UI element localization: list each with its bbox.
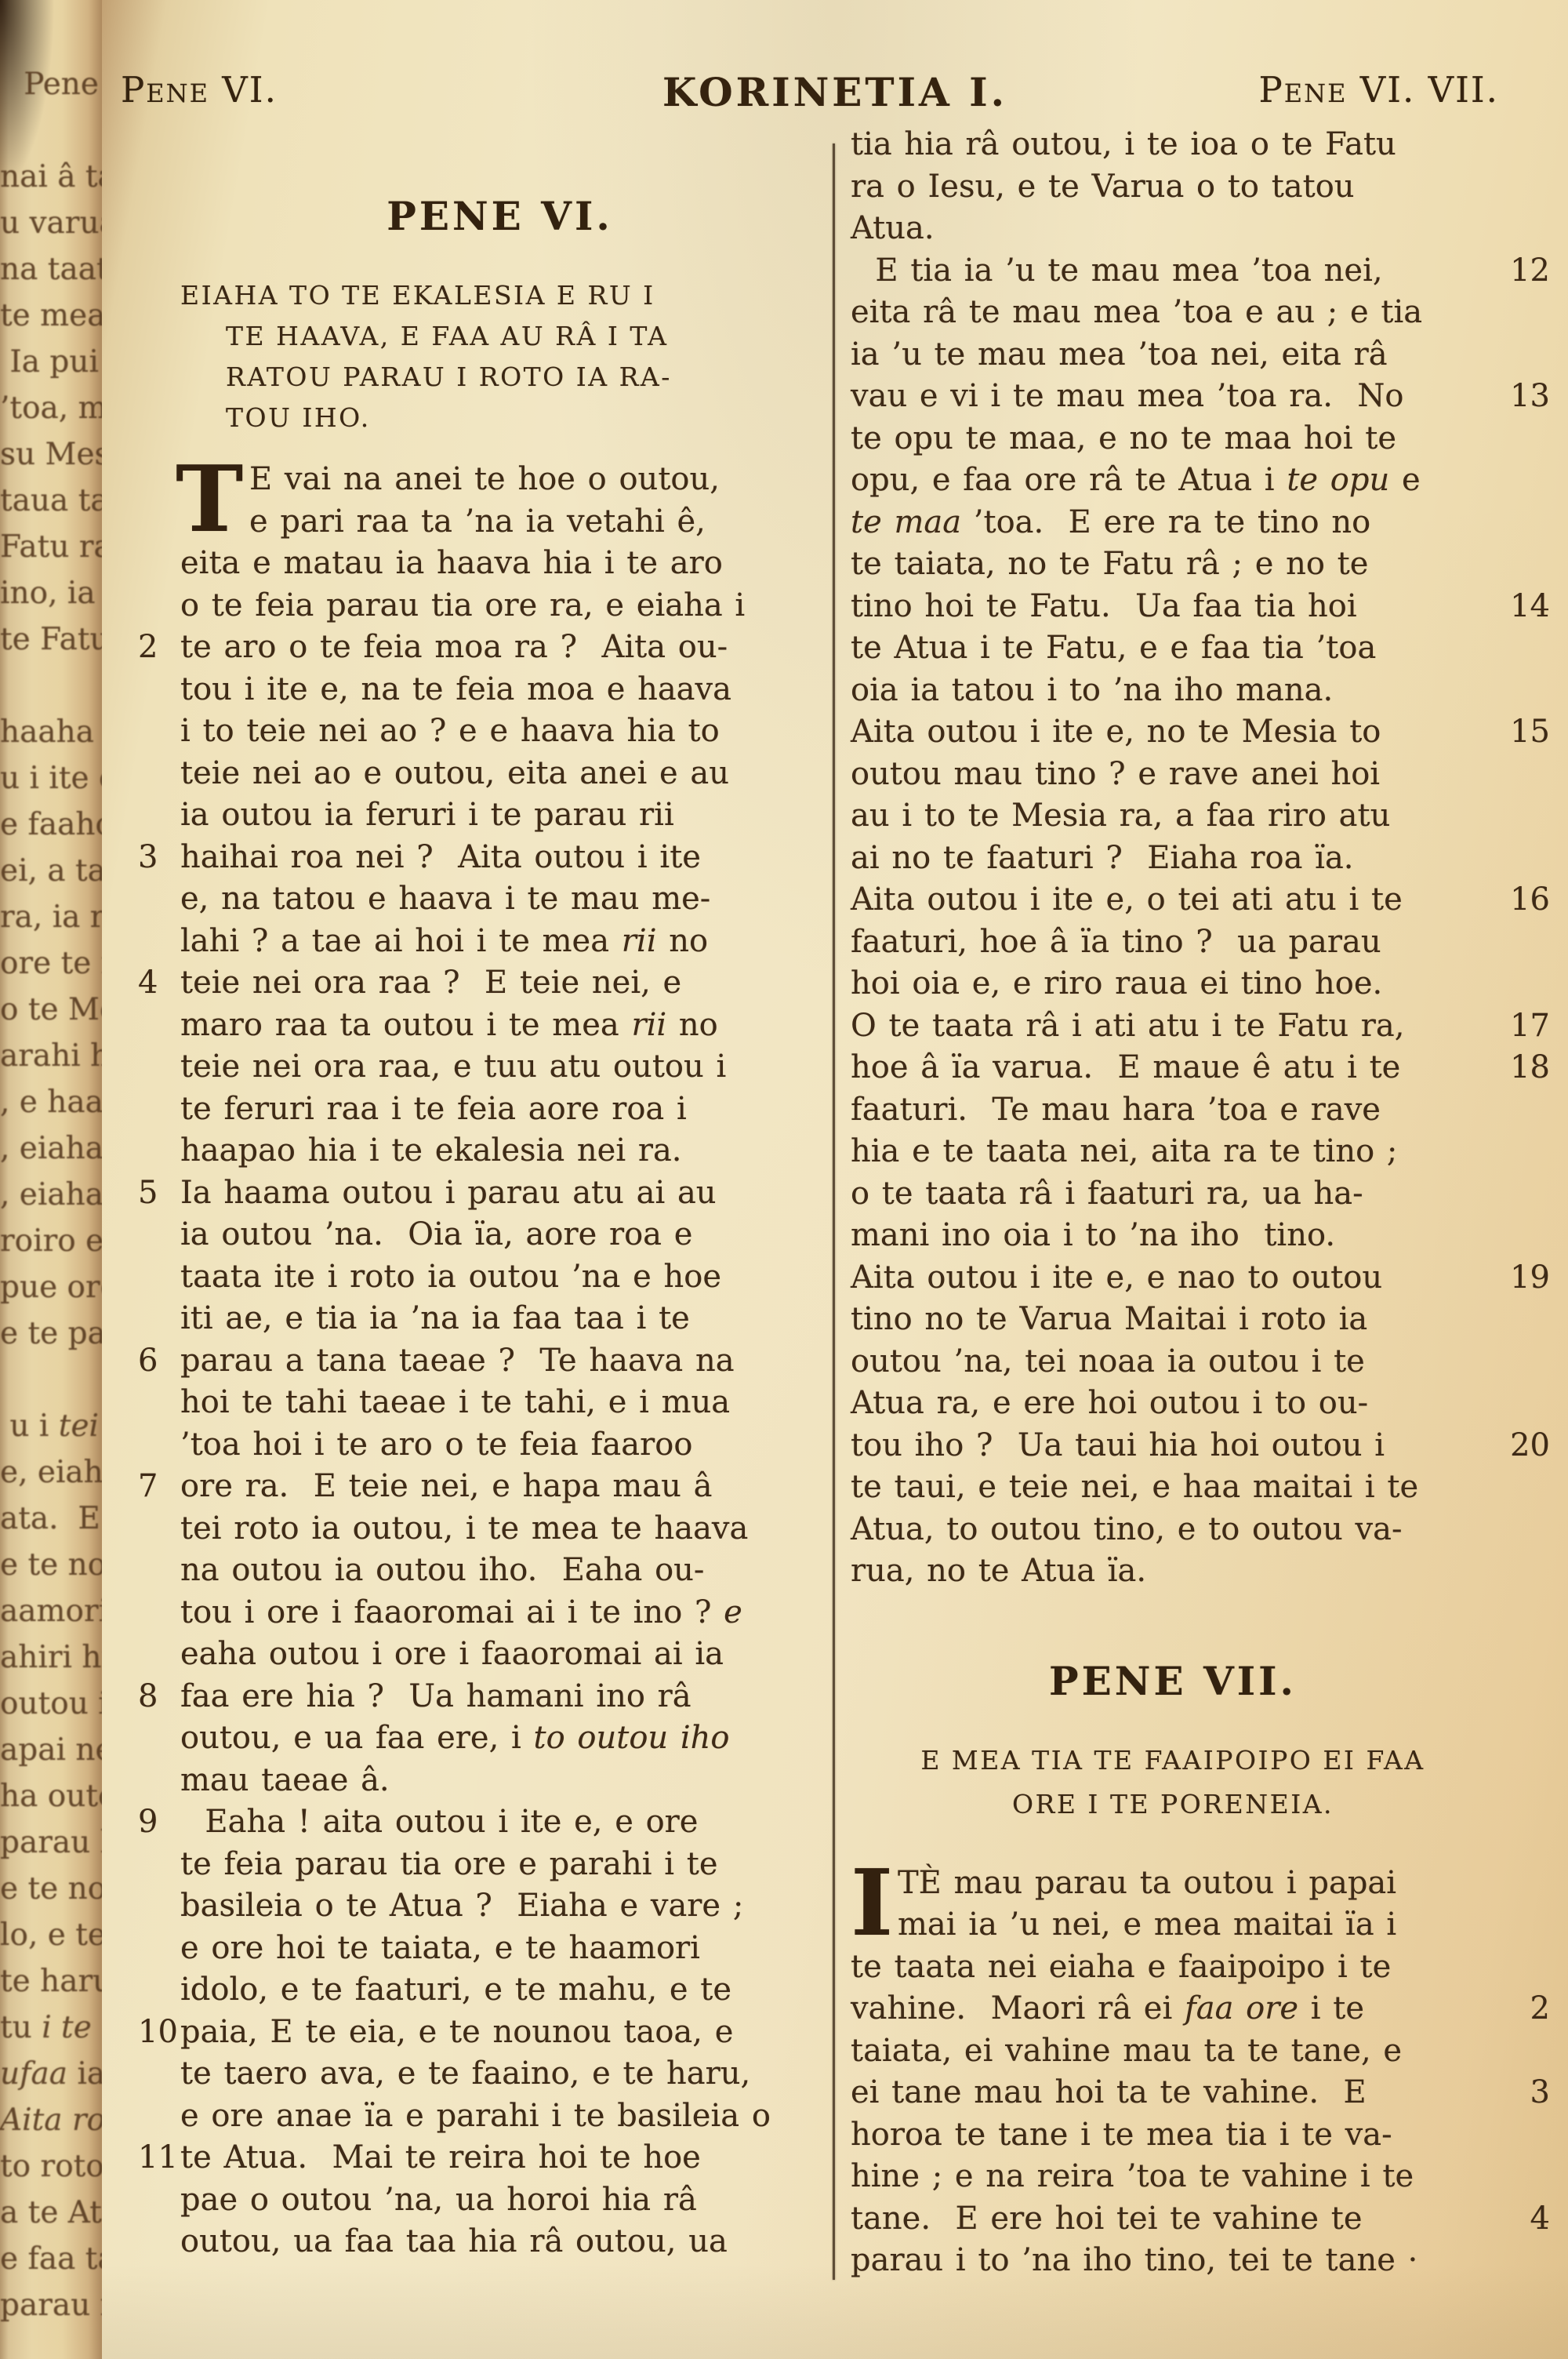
gutter-fragment-line: taua taa bbox=[0, 478, 99, 524]
verse-number: 14 bbox=[1510, 586, 1550, 628]
summary-line: RATOU PARAU I ROTO IA RA- bbox=[180, 357, 819, 398]
chapter-heading-pene-vi: PENE VI. bbox=[180, 192, 819, 241]
verse-line: eaha outou i ore i faaoromai ai ia bbox=[180, 1634, 819, 1676]
verse-line: mai ia ’u nei, e mea maitai ïa i bbox=[851, 1904, 1495, 1946]
verse-text: faaturi, hoe â ïa tino ? ua parau bbox=[851, 921, 1381, 964]
gutter-fragment-line: u i ite e bbox=[0, 755, 99, 801]
verse-line: lahi ? a tae ai hoi i te mea rii no bbox=[180, 921, 819, 963]
gutter-fragment-line: tu i te m bbox=[0, 2005, 99, 2051]
verse-text: ore ra. E teie nei, e hapa mau â bbox=[180, 1466, 712, 1508]
verse-line: 7ore ra. E teie nei, e hapa mau â bbox=[180, 1466, 819, 1508]
verse-text: maro raa ta outou i te mea rii no bbox=[180, 1005, 718, 1047]
verse-line: 4tane. E ere hoi tei te vahine te bbox=[851, 2198, 1495, 2241]
verse-line: mani ino oia i to ’na iho tino. bbox=[851, 1215, 1495, 1257]
verse-number: 17 bbox=[1510, 1005, 1550, 1048]
gutter-fragment-line: roiro e bbox=[0, 1218, 99, 1264]
verse-text: teie nei ora raa, e tuu atu outou i bbox=[180, 1046, 726, 1089]
gutter-fragment-line: e te nou bbox=[0, 1542, 99, 1588]
verse-number: 2 bbox=[138, 627, 158, 669]
gutter-fragment-line: , eiaha bbox=[0, 1172, 99, 1218]
book-title: KORINETIA I. bbox=[662, 69, 1007, 115]
summary-line: TOU IHO. bbox=[180, 398, 819, 438]
gutter-fragment-line: to roto n bbox=[0, 2143, 99, 2190]
gutter-fragment-line: parau hi bbox=[0, 1819, 99, 1866]
gutter-fragment-line: ahiri hi bbox=[0, 1634, 99, 1681]
verse-line: idolo, e te faaturi, e te mahu, e te bbox=[180, 1969, 819, 2012]
verse-line: e, na tatou e haava i te mau me- bbox=[180, 878, 819, 921]
verse-line: 10paia, E te eia, e te nounou taoa, e bbox=[180, 2012, 819, 2054]
gutter-fragment-line: apai ne bbox=[0, 1727, 99, 1773]
verse-text: ra o Iesu, e te Varua o to tatou bbox=[851, 166, 1355, 209]
verse-text: paia, E te eia, e te nounou taoa, e bbox=[180, 2012, 733, 2054]
verse-line: tino no te Varua Maitai i roto ia bbox=[851, 1299, 1495, 1341]
verse-line: haapao hia i te ekalesia nei ra. bbox=[180, 1130, 819, 1172]
verse-line: ra o Iesu, e te Varua o to tatou bbox=[851, 166, 1495, 209]
verse-text: te Atua i te Fatu, e e faa tia ’toa bbox=[851, 627, 1376, 670]
verse-line: taata ite i roto ia outou ’na e hoe bbox=[180, 1256, 819, 1299]
verse-text: ia outou ’na. Oia ïa, aore roa e bbox=[180, 1214, 692, 1256]
verse-text: tia hia râ outou, i te ioa o te Fatu bbox=[851, 124, 1396, 166]
gutter-fragment-line: Aita roa bbox=[0, 2097, 99, 2143]
gutter-fragment-line: aamori bbox=[0, 1588, 99, 1634]
verse-line: 14tino hoi te Fatu. Ua faa tia hoi bbox=[851, 586, 1495, 628]
verse-line: eita e matau ia haava hia i te aro bbox=[180, 543, 819, 585]
gutter-fragment-line: Ia pui bbox=[0, 339, 99, 385]
gutter-fragment-line: ei, a ta bbox=[0, 848, 99, 894]
right-column-verses-ch7: I TÈ mau parau ta outou i papaimai ia ’u… bbox=[851, 1863, 1495, 2282]
verse-line: 11te Atua. Mai te reira hoi te hoe bbox=[180, 2137, 819, 2179]
verse-text: taata ite i roto ia outou ’na e hoe bbox=[180, 1256, 721, 1299]
gutter-fragment-line: ufaa ia p bbox=[0, 2051, 99, 2097]
verse-text: te opu te maa, e no te maa hoi te bbox=[851, 418, 1396, 460]
verse-text: outou mau tino ? e rave anei hoi bbox=[851, 754, 1380, 796]
verse-line: 19Aita outou i ite e, e nao to outou bbox=[851, 1257, 1495, 1299]
verse-text: Atua. bbox=[851, 208, 935, 250]
verse-number: 4 bbox=[138, 962, 158, 1005]
verse-line: e ore hoi te taiata, e te haamori bbox=[180, 1928, 819, 1970]
verse-line: faaturi, hoe â ïa tino ? ua parau bbox=[851, 921, 1495, 964]
verse-line: outou, e ua faa ere, i to outou iho bbox=[180, 1717, 819, 1760]
verse-number: 13 bbox=[1510, 376, 1550, 418]
verse-text: o te taata râ i faaturi ra, ua ha- bbox=[851, 1173, 1363, 1216]
verse-text: ’toa hoi i te aro o te feia faaroo bbox=[180, 1424, 692, 1467]
verse-line: te feia parau tia ore e parahi i te bbox=[180, 1844, 819, 1886]
verse-number: 9 bbox=[138, 1801, 158, 1844]
verse-number: 11 bbox=[138, 2137, 178, 2179]
verse-text: mai ia ’u nei, e mea maitai ïa i bbox=[898, 1904, 1396, 1946]
verse-text: teie nei ora raa ? E teie nei, e bbox=[180, 962, 681, 1005]
verse-line: iti ae, e tia ia ’na ia faa taa i te bbox=[180, 1298, 819, 1340]
verse-text: e, na tatou e haava i te mau me- bbox=[180, 878, 710, 921]
verse-text: te maa ’toa. E ere ra te tino no bbox=[851, 502, 1370, 544]
verse-text: te Atua. Mai te reira hoi te hoe bbox=[180, 2137, 701, 2179]
verse-text: outou ’na, tei noaa ia outou i te bbox=[851, 1341, 1365, 1383]
verse-line: tia hia râ outou, i te ioa o te Fatu bbox=[851, 124, 1495, 166]
gutter-fragment-line: , e haa bbox=[0, 1079, 99, 1125]
verse-line: opu, e faa ore râ te Atua i te opu e bbox=[851, 460, 1495, 502]
verse-line: 3haihai roa nei ? Aita outou i ite bbox=[180, 837, 819, 879]
gutter-fragment-line: te haru bbox=[0, 1958, 99, 2005]
verse-line: 3ei tane mau hoi ta te vahine. E bbox=[851, 2072, 1495, 2114]
verse-line: 4teie nei ora raa ? E teie nei, e bbox=[180, 962, 819, 1005]
gutter-fragment-line: nai â ta bbox=[0, 154, 99, 200]
verse-line: 16Aita outou i ite e, o tei ati atu i te bbox=[851, 879, 1495, 921]
verse-text: faa ere hia ? Ua hamani ino râ bbox=[180, 1676, 691, 1718]
verse-line: te Atua i te Fatu, e e faa tia ’toa bbox=[851, 627, 1495, 670]
verse-text: pae o outou ’na, ua horoi hia râ bbox=[180, 2179, 697, 2222]
verse-text: tou i ite e, na te feia moa e haava bbox=[180, 669, 731, 711]
verse-line: te opu te maa, e no te maa hoi te bbox=[851, 418, 1495, 460]
verse-line: 17O te taata râ i ati atu i te Fatu ra, bbox=[851, 1005, 1495, 1048]
verse-number: 15 bbox=[1510, 711, 1550, 754]
gutter-fragments: Pene nai â tau varua, ina taata ite mea … bbox=[0, 61, 99, 2328]
running-head-left: Pene VI. bbox=[121, 69, 278, 111]
verse-line: Atua ra, e ere hoi outou i to ou- bbox=[851, 1383, 1495, 1425]
gutter-fragment-line: ata. E bbox=[0, 1496, 99, 1542]
verse-line: pae o outou ’na, ua horoi hia râ bbox=[180, 2179, 819, 2222]
verse-number: 20 bbox=[1510, 1425, 1550, 1467]
verse-line: 15Aita outou i ite e, no te Mesia to bbox=[851, 711, 1495, 754]
gutter-fragment-line: ino, ia o bbox=[0, 570, 99, 616]
verse-text: e pari raa ta ’na ia vetahi ê, bbox=[249, 501, 706, 543]
verse-line: ’toa hoi i te aro o te feia faaroo bbox=[180, 1424, 819, 1467]
verse-text: o te feia parau tia ore ra, e eiaha i bbox=[180, 585, 745, 627]
verse-line: 5Ia haama outou i parau atu ai au bbox=[180, 1172, 819, 1215]
verse-line: e pari raa ta ’na ia vetahi ê, bbox=[180, 501, 819, 543]
verse-number: 7 bbox=[138, 1466, 158, 1508]
verse-text: au i to te Mesia ra, a faa riro atu bbox=[851, 795, 1390, 838]
verse-line: outou, ua faa taa hia râ outou, ua bbox=[180, 2221, 819, 2263]
verse-line: na outou ia outou iho. Eaha ou- bbox=[180, 1550, 819, 1592]
verse-text: oia ia tatou i to ’na iho mana. bbox=[851, 670, 1333, 712]
verse-line: te taero ava, e te faaino, e te haru, bbox=[180, 2053, 819, 2095]
verse-line: 8faa ere hia ? Ua hamani ino râ bbox=[180, 1676, 819, 1718]
verse-line: faaturi. Te mau hara ’toa e rave bbox=[851, 1089, 1495, 1132]
verse-line: Atua. bbox=[851, 208, 1495, 250]
gutter-fragment-line: ’toa, ma bbox=[0, 385, 99, 431]
gutter-fragment-line: a te Atua bbox=[0, 2190, 99, 2236]
verse-text: TÈ mau parau ta outou i papai bbox=[898, 1863, 1396, 1905]
verse-text: Aita outou i ite e, no te Mesia to bbox=[851, 711, 1381, 754]
chapter-heading-pene-vii: PENE VII. bbox=[851, 1657, 1495, 1706]
verse-text: mau taeae â. bbox=[180, 1760, 390, 1802]
verse-line: rua, no te Atua ïa. bbox=[851, 1550, 1495, 1593]
verse-text: eaha outou i ore i faaoromai ai ia bbox=[180, 1634, 724, 1676]
verse-line: hoi te tahi taeae i te tahi, e i mua bbox=[180, 1382, 819, 1424]
running-header: Pene VI. KORINETIA I. Pene VI. VII. bbox=[102, 69, 1568, 116]
verse-line: basileia o te Atua ? Eiaha e vare ; bbox=[180, 1885, 819, 1928]
book-page: Pene VI. KORINETIA I. Pene VI. VII. PENE… bbox=[102, 0, 1568, 2359]
verse-text: te taiata, no te Fatu râ ; e no te bbox=[851, 543, 1368, 586]
verse-line: TÈ mau parau ta outou i papai bbox=[851, 1863, 1495, 1905]
verse-text: taiata, ei vahine mau ta te tane, e bbox=[851, 2030, 1402, 2073]
verse-number: 16 bbox=[1510, 879, 1550, 921]
gutter-fragment-line: e faahop bbox=[0, 801, 99, 848]
gutter-fragment-line: ha outo bbox=[0, 1773, 99, 1819]
verse-line: Atua, to outou tino, e to outou va- bbox=[851, 1509, 1495, 1551]
verse-text: te feruri raa i te feia aore roa i bbox=[180, 1089, 687, 1131]
verse-text: e ore hoi te taiata, e te haamori bbox=[180, 1928, 700, 1970]
verse-line: e ore anae ïa e parahi i te basileia o bbox=[180, 2095, 819, 2138]
verse-number: 5 bbox=[138, 1172, 158, 1215]
gutter-fragment-line: na taata i bbox=[0, 246, 99, 293]
verse-text: opu, e faa ore râ te Atua i te opu e bbox=[851, 460, 1421, 502]
verse-line: 2te aro o te feia moa ra ? Aita ou- bbox=[180, 627, 819, 669]
verse-text: hoi oia e, e riro raua ei tino hoe. bbox=[851, 963, 1382, 1005]
verse-line: o te feia parau tia ore ra, e eiaha i bbox=[180, 585, 819, 627]
verse-line: 9 Eaha ! aita outou i ite e, e ore bbox=[180, 1801, 819, 1844]
gutter-fragment-line: u i tei bbox=[0, 1403, 99, 1449]
verse-text: ia outou ia feruri i te parau rii bbox=[180, 794, 674, 837]
verse-text: te taui, e teie nei, e haa maitai i te bbox=[851, 1467, 1418, 1509]
verse-number: 18 bbox=[1510, 1047, 1550, 1089]
verse-text: idolo, e te faaturi, e te mahu, e te bbox=[180, 1969, 731, 2012]
verse-text: Ia haama outou i parau atu ai au bbox=[180, 1172, 717, 1215]
verse-line: E vai na anei te hoe o outou, bbox=[180, 459, 819, 501]
verse-line: tou i ite e, na te feia moa e haava bbox=[180, 669, 819, 711]
gutter-fragment-line bbox=[0, 663, 99, 709]
verse-text: tino no te Varua Maitai i roto ia bbox=[851, 1299, 1367, 1341]
verse-line: 2vahine. Maori râ ei faa ore i te bbox=[851, 1988, 1495, 2030]
right-column: tia hia râ outou, i te ioa o te Fatura o… bbox=[851, 124, 1495, 2282]
summary-line: ORE I TE PORENEIA. bbox=[851, 1783, 1495, 1826]
verse-line: ia ’u te mau mea ’toa nei, eita râ bbox=[851, 334, 1495, 376]
verse-text: vau e vi i te mau mea ’toa ra. No bbox=[851, 376, 1403, 418]
verse-text: haihai roa nei ? Aita outou i ite bbox=[180, 837, 701, 879]
gutter-fragment-line bbox=[0, 1357, 99, 1403]
verse-line: te feruri raa i te feia aore roa i bbox=[180, 1089, 819, 1131]
gutter-fragment-line: parau ino bbox=[0, 2282, 99, 2328]
verse-text: outou, e ua faa ere, i to outou iho bbox=[180, 1717, 730, 1760]
verse-text: O te taata râ i ati atu i te Fatu ra, bbox=[851, 1005, 1404, 1048]
left-column-verses: T E vai na anei te hoe o outou,e pari ra… bbox=[180, 459, 819, 2263]
verse-line: tou i ore i faaoromai ai i te ino ? e bbox=[180, 1592, 819, 1634]
verse-text: tei roto ia outou, i te mea te haava bbox=[180, 1508, 748, 1550]
verse-text: hoi te tahi taeae i te tahi, e i mua bbox=[180, 1382, 730, 1424]
verse-text: vahine. Maori râ ei faa ore i te bbox=[851, 1988, 1364, 2030]
verse-number: 12 bbox=[1510, 250, 1550, 293]
verse-number: 6 bbox=[138, 1340, 158, 1383]
gutter-fragment-line: e, eiaha bbox=[0, 1449, 99, 1496]
verse-text: E tia ia ’u te mau mea ’toa nei, bbox=[851, 250, 1383, 293]
gutter-fragment-line: lo, e te f bbox=[0, 1912, 99, 1958]
gutter-fragment-line: te Fatu bbox=[0, 616, 99, 663]
verse-number: 4 bbox=[1530, 2198, 1550, 2241]
verse-text: haapao hia i te ekalesia nei ra. bbox=[180, 1130, 682, 1172]
verse-line: hine ; e na reira ’toa te vahine i te bbox=[851, 2156, 1495, 2198]
verse-text: tino hoi te Fatu. Ua faa tia hoi bbox=[851, 586, 1357, 628]
verse-line: parau i to ’na iho tino, tei te tane · bbox=[851, 2240, 1495, 2282]
verse-text: tou i ore i faaoromai ai i te ino ? e bbox=[180, 1592, 742, 1634]
verse-text: i to teie nei ao ? e e haava hia to bbox=[180, 711, 720, 753]
verse-number: 2 bbox=[1530, 1988, 1550, 2030]
verse-text: rua, no te Atua ïa. bbox=[851, 1550, 1146, 1593]
verse-line: te taui, e teie nei, e haa maitai i te bbox=[851, 1467, 1495, 1509]
verse-line: 12 E tia ia ’u te mau mea ’toa nei, bbox=[851, 250, 1495, 293]
verse-text: outou, ua faa taa hia râ outou, ua bbox=[180, 2221, 728, 2263]
verse-line: outou mau tino ? e rave anei hoi bbox=[851, 754, 1495, 796]
verse-text: Atua, to outou tino, e to outou va- bbox=[851, 1509, 1402, 1551]
verse-line: taiata, ei vahine mau ta te tane, e bbox=[851, 2030, 1495, 2073]
verse-text: ia ’u te mau mea ’toa nei, eita râ bbox=[851, 334, 1388, 376]
verse-line: i to teie nei ao ? e e haava hia to bbox=[180, 711, 819, 753]
verse-text: tane. E ere hoi tei te vahine te bbox=[851, 2198, 1363, 2241]
gutter-fragment-line: u varua, i bbox=[0, 200, 99, 246]
verse-text: parau a tana taeae ? Te haava na bbox=[180, 1340, 735, 1383]
verse-text: Eaha ! aita outou i ite e, e ore bbox=[180, 1801, 698, 1844]
verse-number: 3 bbox=[138, 837, 158, 879]
verse-line: hoi oia e, e riro raua ei tino hoe. bbox=[851, 963, 1495, 1005]
verse-line: 6parau a tana taeae ? Te haava na bbox=[180, 1340, 819, 1383]
verse-number: 3 bbox=[1530, 2072, 1550, 2114]
gutter-fragment-line: te mea e bbox=[0, 293, 99, 339]
verse-line: ia outou ’na. Oia ïa, aore roa e bbox=[180, 1214, 819, 1256]
verse-text: hine ; e na reira ’toa te vahine i te bbox=[851, 2156, 1414, 2198]
verse-line: mau taeae â. bbox=[180, 1760, 819, 1802]
verse-text: Atua ra, e ere hoi outou i to ou- bbox=[851, 1383, 1368, 1425]
verse-line: maro raa ta outou i te mea rii no bbox=[180, 1005, 819, 1047]
verse-number: 19 bbox=[1510, 1257, 1550, 1299]
chapter-summary-pene-vii: E MEA TIA TE FAAIPOIPO EI FAAORE I TE PO… bbox=[851, 1739, 1495, 1826]
verse-text: ai no te faaturi ? Eiaha roa ïa. bbox=[851, 838, 1354, 880]
gutter-fragment-line: e te nou bbox=[0, 1866, 99, 1912]
summary-line: E MEA TIA TE FAAIPOIPO EI FAA bbox=[851, 1739, 1495, 1783]
verse-line: au i to te Mesia ra, a faa riro atu bbox=[851, 795, 1495, 838]
verse-line: horoa te tane i te mea tia i te va- bbox=[851, 2114, 1495, 2157]
verse-text: faaturi. Te mau hara ’toa e rave bbox=[851, 1089, 1381, 1132]
verse-line: 18hoe â ïa varua. E maue ê atu i te bbox=[851, 1047, 1495, 1089]
verse-text: mani ino oia i to ’na iho tino. bbox=[851, 1215, 1335, 1257]
gutter-fragment-line: ra, ia ri bbox=[0, 894, 99, 940]
verse-text: parau i to ’na iho tino, tei te tane · bbox=[851, 2240, 1417, 2282]
verse-line: teie nei ora raa, e tuu atu outou i bbox=[180, 1046, 819, 1089]
verse-text: te aro o te feia moa ra ? Aita ou- bbox=[180, 627, 728, 669]
verse-text: e ore anae ïa e parahi i te basileia o bbox=[180, 2095, 771, 2138]
verse-text: hia e te taata nei, aita ra te tino ; bbox=[851, 1131, 1397, 1173]
verse-text: E vai na anei te hoe o outou, bbox=[249, 459, 720, 501]
gutter-fragment-line: o te Me bbox=[0, 987, 99, 1033]
gutter-fragment-line: ore te fa bbox=[0, 940, 99, 987]
verse-line: oia ia tatou i to ’na iho mana. bbox=[851, 670, 1495, 712]
verse-text: eita râ te mau mea ’toa e au ; e tia bbox=[851, 292, 1422, 334]
verse-number: 8 bbox=[138, 1676, 158, 1718]
verse-text: basileia o te Atua ? Eiaha e vare ; bbox=[180, 1885, 743, 1928]
gutter-fragment-line: , eiaha bbox=[0, 1125, 99, 1172]
gutter-fragment-line: pue ore bbox=[0, 1264, 99, 1310]
verse-text: iti ae, e tia ia ’na ia faa taa i te bbox=[180, 1298, 690, 1340]
verse-line: eita râ te mau mea ’toa e au ; e tia bbox=[851, 292, 1495, 334]
verse-text: te taata nei eiaha e faaipoipo i te bbox=[851, 1946, 1391, 1989]
verse-number: 10 bbox=[138, 2012, 178, 2054]
summary-line: TE HAAVA, E FAA AU RÂ I TA bbox=[180, 316, 819, 357]
verse-text: eita e matau ia haava hia i te aro bbox=[180, 543, 723, 585]
gutter-fragment-line: e te pa bbox=[0, 1310, 99, 1357]
running-head-right: Pene VI. VII. bbox=[1258, 69, 1499, 111]
left-column: PENE VI. EIAHA TO TE EKALESIA E RU ITE H… bbox=[180, 192, 819, 2263]
verse-line: o te taata râ i faaturi ra, ua ha- bbox=[851, 1173, 1495, 1216]
verse-text: te feia parau tia ore e parahi i te bbox=[180, 1844, 718, 1886]
verse-text: te taero ava, e te faaino, e te haru, bbox=[180, 2053, 750, 2095]
verse-line: teie nei ao e outou, eita anei e au bbox=[180, 753, 819, 795]
chapter-summary-pene-vi: EIAHA TO TE EKALESIA E RU ITE HAAVA, E F… bbox=[180, 275, 819, 438]
verse-line: 20tou iho ? Ua taui hia hoi outou i bbox=[851, 1425, 1495, 1467]
gutter-fragment-line: arahi hi bbox=[0, 1033, 99, 1079]
verse-line: te taiata, no te Fatu râ ; e no te bbox=[851, 543, 1495, 586]
right-column-verses-ch6: tia hia râ outou, i te ioa o te Fatura o… bbox=[851, 124, 1495, 1593]
verse-line: ia outou ia feruri i te parau rii bbox=[180, 794, 819, 837]
verse-text: Aita outou i ite e, o tei ati atu i te bbox=[851, 879, 1403, 921]
summary-line: EIAHA TO TE EKALESIA E RU I bbox=[180, 275, 819, 316]
column-divider bbox=[833, 144, 835, 2280]
gutter-fragment-line: Pene bbox=[0, 61, 99, 107]
gutter-fragment-line bbox=[0, 107, 99, 154]
verse-line: ai no te faaturi ? Eiaha roa ïa. bbox=[851, 838, 1495, 880]
verse-text: hoe â ïa varua. E maue ê atu i te bbox=[851, 1047, 1400, 1089]
gutter-fragment-line: Fatu ra bbox=[0, 524, 99, 570]
gutter-fragment-line: e faa taa bbox=[0, 2236, 99, 2282]
verse-line: 13vau e vi i te mau mea ’toa ra. No bbox=[851, 376, 1495, 418]
verse-text: ei tane mau hoi ta te vahine. E bbox=[851, 2072, 1367, 2114]
verse-line: te maa ’toa. E ere ra te tino no bbox=[851, 502, 1495, 544]
verse-text: horoa te tane i te mea tia i te va- bbox=[851, 2114, 1392, 2157]
verse-line: outou ’na, tei noaa ia outou i te bbox=[851, 1341, 1495, 1383]
verse-text: tou iho ? Ua taui hia hoi outou i bbox=[851, 1425, 1385, 1467]
gutter-fragment-line: su Mesia bbox=[0, 431, 99, 478]
verse-text: teie nei ao e outou, eita anei e au bbox=[180, 753, 729, 795]
verse-line: te taata nei eiaha e faaipoipo i te bbox=[851, 1946, 1495, 1989]
gutter-fragment-line: outou i bbox=[0, 1681, 99, 1727]
verse-text: Aita outou i ite e, e nao to outou bbox=[851, 1257, 1382, 1299]
verse-line: hia e te taata nei, aita ra te tino ; bbox=[851, 1131, 1495, 1173]
verse-text: lahi ? a tae ai hoi i te mea rii no bbox=[180, 921, 708, 963]
verse-line: tei roto ia outou, i te mea te haava bbox=[180, 1508, 819, 1550]
verse-text: na outou ia outou iho. Eaha ou- bbox=[180, 1550, 704, 1592]
gutter-fragment-line: haaha i bbox=[0, 709, 99, 755]
